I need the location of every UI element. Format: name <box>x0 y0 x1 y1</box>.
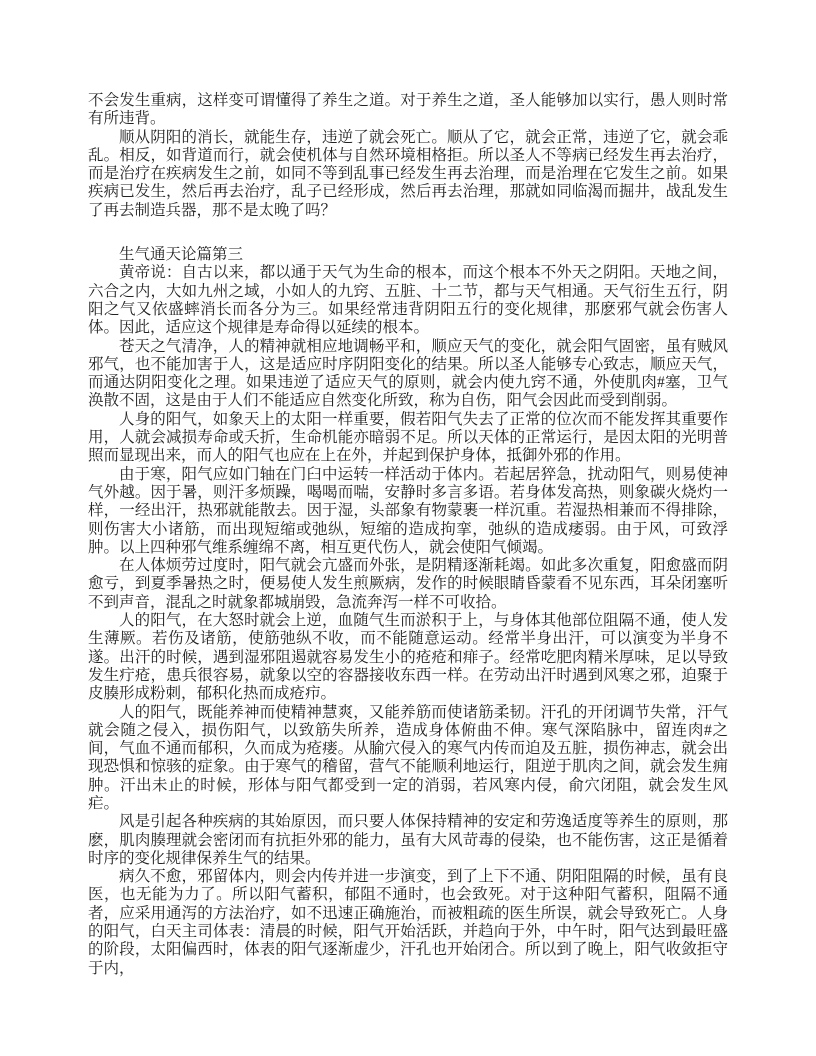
paragraph: 人身的阳气，如象天上的太阳一样重要，假若阳气失去了正常的位次而不能发挥其重要作用… <box>88 411 728 466</box>
paragraph: 黄帝说：自古以来，都以通于天气为生命的根本，而这个根本不外天之阴阳。天地之间，六… <box>88 264 728 337</box>
section-title: 生气通天论篇第三 <box>88 246 728 264</box>
paragraph: 在人体烦劳过度时，阳气就会亢盛而外张，是阴精逐渐耗竭。如此多次重复，阳愈盛而阴愈… <box>88 557 728 612</box>
paragraph: 病久不愈，邪留体内，则会内传并进一步演变，到了上下不通、阴阳阻隔的时候，虽有良医… <box>88 868 728 978</box>
paragraph: 人的阳气，在大怒时就会上逆，血随气生而淤积于上，与身体其他部位阻隔不通，使人发生… <box>88 612 728 703</box>
paragraph-continuation: 不会发生重病，这样变可谓懂得了养生之道。对于养生之道，圣人能够加以实行，愚人则时… <box>88 92 728 129</box>
paragraph: 人的阳气，既能养神而使精神慧爽，又能养筋而使诸筋柔韧。汗孔的开闭调节失常，汗气就… <box>88 704 728 814</box>
paragraph: 风是引起各种疾病的其始原因，而只要人体保持精神的安定和劳逸适度等养生的原则，那麽… <box>88 813 728 868</box>
paragraph: 顺从阴阳的消长，就能生存，违逆了就会死亡。顺从了它，就会正常，违逆了它，就会乖乱… <box>88 129 728 220</box>
document-page: 不会发生重病，这样变可谓懂得了养生之道。对于养生之道，圣人能够加以实行，愚人则时… <box>0 0 816 1056</box>
paragraph: 苍天之气清净，人的精神就相应地调畅平和，顺应天气的变化，就会阳气固密，虽有贼风邪… <box>88 338 728 411</box>
paragraph: 由于寒，阳气应如门轴在门臼中运转一样活动于体内。若起居猝急，扰动阳气，则易使神气… <box>88 466 728 557</box>
